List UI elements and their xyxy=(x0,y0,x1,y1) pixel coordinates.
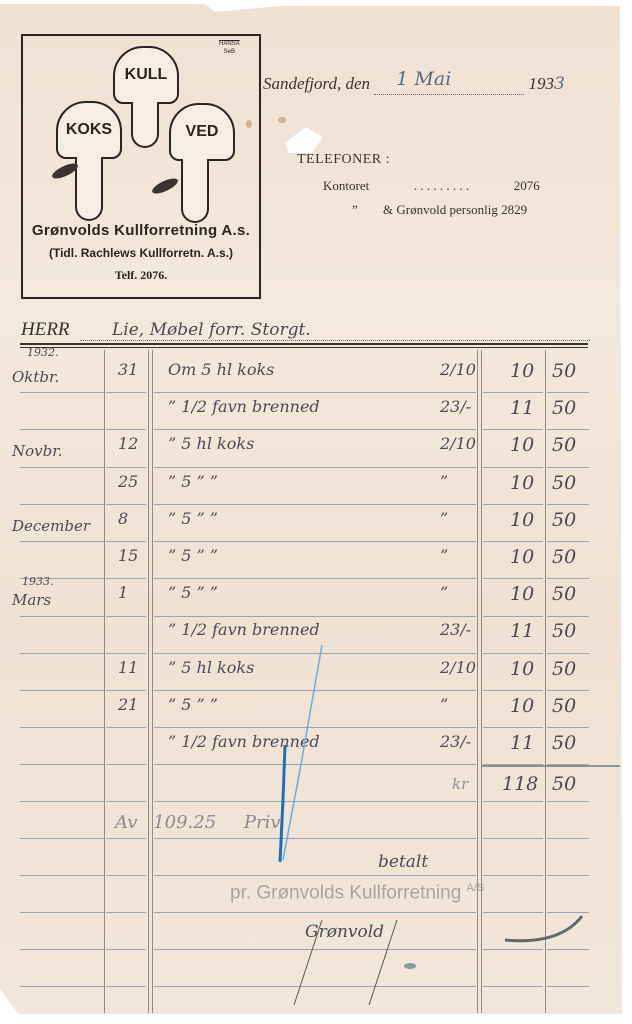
pencil-marks-icon xyxy=(0,0,632,1024)
